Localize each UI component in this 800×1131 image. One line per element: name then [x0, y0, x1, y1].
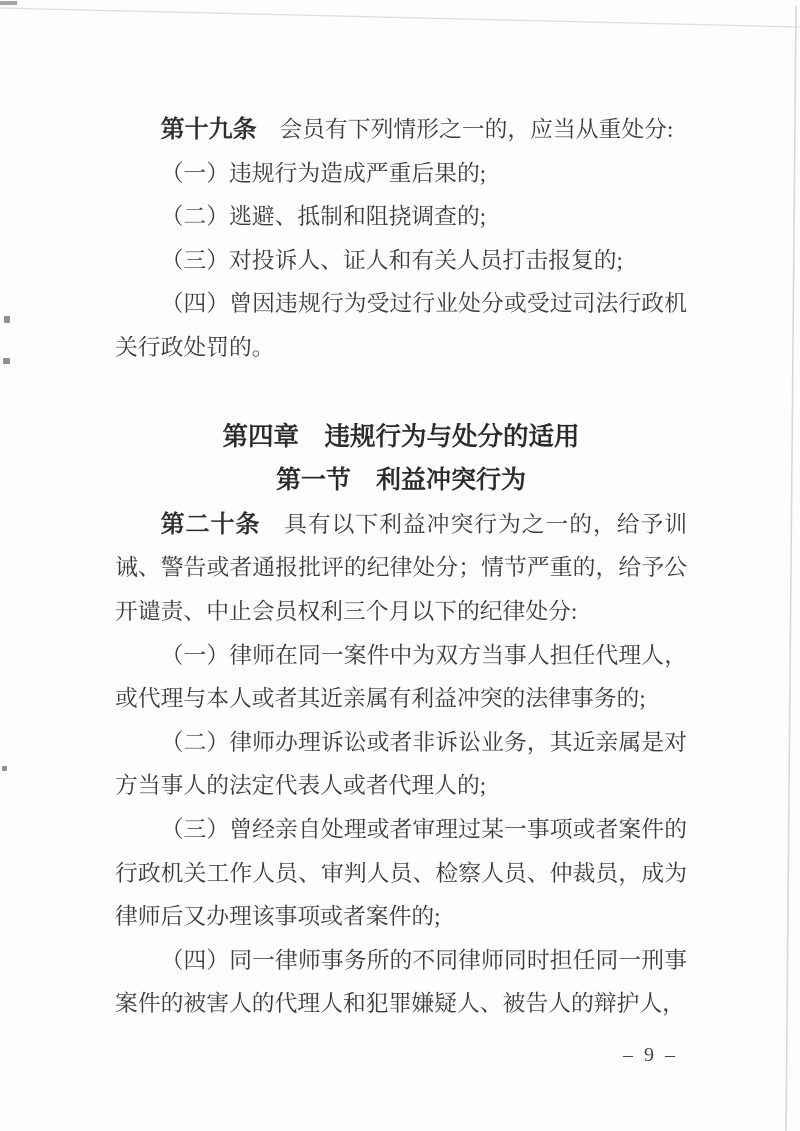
scan-right-edge-line: [786, 6, 796, 1131]
article-19-item-2: （二）逃避、抵制和阻挠调查的;: [115, 195, 687, 239]
article-19-opening: 第十九条 会员有下列情形之一的，应当从重处分:: [115, 108, 687, 152]
scan-speck: [3, 358, 10, 364]
article-19-item-3: （三）对投诉人、证人和有关人员打击报复的;: [115, 239, 687, 283]
article-19-item-4: （四）曾因违规行为受过行业处分或受过司法行政机关行政处罚的。: [115, 282, 687, 369]
article-20-opening: 第二十条 具有以下利益冲突行为之一的，给予训诫、警告或者通报批评的纪律处分；情节…: [115, 503, 687, 634]
page-number: – 9 –: [623, 1044, 678, 1067]
article-20-item-3: （三）曾经亲自处理或者审理过某一事项或者案件的行政机关工作人员、审判人员、检察人…: [115, 808, 687, 939]
article-20-item-4: （四）同一律师事务所的不同律师同时担任同一刑事案件的被害人的代理人和犯罪嫌疑人、…: [115, 939, 687, 1026]
article-20-number: 第二十条: [161, 511, 261, 538]
scan-speck: [2, 766, 7, 771]
chapter-heading: 第四章 违规行为与处分的适用: [115, 416, 687, 460]
article-20-item-1: （一）律师在同一案件中为双方当事人担任代理人，或代理与本人或者其近亲属有利益冲突…: [115, 634, 687, 721]
article-19-item-1: （一）违规行为造成严重后果的;: [115, 152, 687, 196]
article-20-item-2: （二）律师办理诉讼或者非诉讼业务，其近亲属是对方当事人的法定代表人或者代理人的;: [115, 721, 687, 808]
scanned-document-page: 第十九条 会员有下列情形之一的，应当从重处分: （一）违规行为造成严重后果的; …: [0, 0, 800, 1131]
article-19-text: 会员有下列情形之一的，应当从重处分:: [257, 117, 674, 142]
scan-corner-mark: [0, 1, 17, 5]
page-content: 第十九条 会员有下列情形之一的，应当从重处分: （一）违规行为造成严重后果的; …: [115, 108, 687, 1026]
section-heading: 第一节 利益冲突行为: [115, 459, 687, 503]
article-19-number: 第十九条: [161, 116, 257, 143]
scan-top-line: [0, 8, 800, 27]
scan-speck: [4, 316, 10, 323]
